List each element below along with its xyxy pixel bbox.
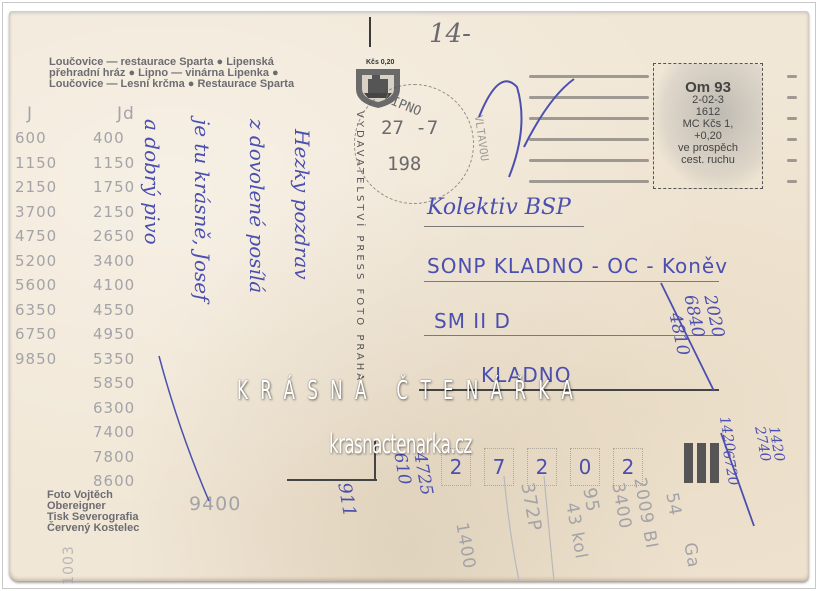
pencil-value: 4550 [93, 298, 135, 323]
stub-line [287, 479, 377, 481]
postmark-year: 198 [387, 153, 421, 175]
pencil-value: 400 [93, 126, 135, 151]
printed-caption-bottom: Foto Vojtěch Obereigner Tisk Severografi… [47, 490, 187, 534]
pencil-value: 2150 [15, 175, 57, 200]
address-underline-1 [424, 226, 584, 227]
pencil-value: 1150 [93, 151, 135, 176]
pencil-value: 7800 [93, 445, 135, 470]
printer-line: Červený Kostelec [47, 523, 187, 534]
stamp-line-5: +0,20 [654, 130, 762, 142]
pencil-value: 5850 [93, 371, 135, 396]
pencil-note: Ga [679, 541, 703, 570]
pencil-col-header-left: J [27, 104, 33, 124]
pencil-value: 6300 [93, 396, 135, 421]
address-line-1: Kolektiv BSP [427, 195, 571, 220]
pencil-value: 7400 [93, 420, 135, 445]
pencil-value: 5350 [93, 347, 135, 372]
stamp-line-7: cest. ruchu [654, 154, 762, 166]
printed-caption-top: Loučovice — restaurace Sparta ● Lipenská… [49, 57, 299, 90]
pencil-column-right: 4001150175021502650340041004550495053505… [93, 126, 135, 494]
pencil-value: 6350 [15, 298, 57, 323]
watermark-title: KRÁSNÁ ČTENÁŘKA [237, 376, 585, 406]
pencil-value: 2650 [93, 224, 135, 249]
pencil-value: 4750 [15, 224, 57, 249]
postage-stamp: Om 93 2-02-3 1612 MC Kčs 1, +0,20 ve pro… [653, 63, 763, 189]
ink-note-911: 911 [333, 481, 360, 518]
address-line-2: SONP KLADNO - OC - Koněv [427, 254, 728, 278]
pencil-value: 5200 [15, 249, 57, 274]
pencil-value: 4950 [93, 322, 135, 347]
stamp-logo-value: Kčs 0,20 [366, 59, 394, 66]
stamp-line-3: 1612 [654, 106, 762, 118]
message-line-3: je tu krásně, Josef [190, 119, 214, 302]
message-line-1: Hezky pozdrav [290, 129, 314, 280]
pencil-column-left: 600115021503700475052005600635067509850 [15, 126, 57, 371]
pencil-value: 5600 [15, 273, 57, 298]
center-divider [369, 17, 371, 47]
postmark-town: LIPNO [381, 91, 423, 120]
publisher-text: VYDAVATELSTVÍ PRESS FOTO PRAHA [354, 111, 365, 383]
pencil-note: 2009 BI [629, 476, 661, 551]
pencil-value: 1750 [93, 175, 135, 200]
pencil-value: 1150 [15, 151, 57, 176]
pencil-corner-note: 1003 [61, 545, 77, 585]
pencil-strokes [499, 471, 559, 591]
pencil-note: 54 [661, 491, 685, 518]
message-line-4: a dobrý pivo [140, 119, 164, 245]
pencil-value: 3700 [15, 200, 57, 225]
pencil-value: 9850 [15, 347, 57, 372]
pencil-value: 2150 [93, 200, 135, 225]
pencil-value: 600 [15, 126, 57, 151]
pencil-value: 6750 [15, 322, 57, 347]
stamp-code: Om 93 [654, 82, 762, 94]
ink-check-stroke [469, 67, 579, 187]
zip-digit: 0 [570, 448, 600, 486]
pencil-value: 4100 [93, 273, 135, 298]
handwritten-top-number: 14- [429, 19, 471, 49]
stamp-line-2: 2-02-3 [654, 94, 762, 106]
address-line-3: SM II D [434, 309, 511, 333]
pencil-note: 1400 [451, 521, 479, 571]
stamp-line-4: MC Kčs 1, [654, 118, 762, 130]
pencil-col-header-right: Jd [117, 104, 135, 124]
stamp-line-6: ve prospěch [654, 142, 762, 154]
postcard-back: Loučovice — restaurace Sparta ● Lipenská… [9, 11, 809, 581]
ink-signature-stroke [139, 351, 219, 511]
postmark-date: 27 -7 [381, 117, 438, 139]
ink-slash-right [659, 281, 719, 401]
pencil-value: 3400 [93, 249, 135, 274]
ink-slash-bottom-right [719, 431, 759, 531]
postmark: LIPNO 27 -7 198 VLTAVOU [354, 84, 474, 204]
watermark-url: krasnactenarka.cz [329, 429, 472, 460]
message-line-2: z dovolené posílá [245, 119, 269, 293]
